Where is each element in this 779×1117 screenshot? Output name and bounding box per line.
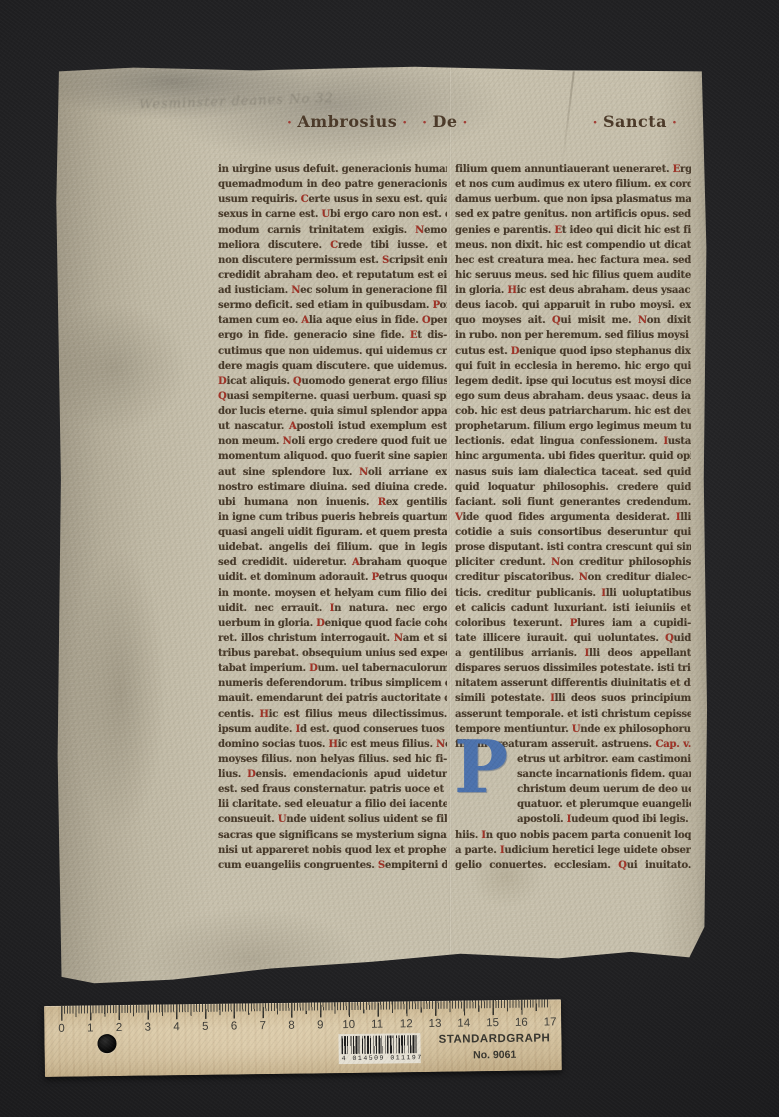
barcode-bars: [341, 1035, 417, 1054]
manuscript-text-line: modum carnis trinitatem exigis. Nemo: [218, 223, 447, 238]
manuscript-text-line: damus uerbum. que non ipsa plasmatus man…: [455, 192, 691, 207]
manuscript-text-line: cotidie a suis consortibus deseruntur qu…: [455, 525, 691, 540]
manuscript-text-line: nisi ut appareret nobis quod lex et prop…: [218, 843, 447, 858]
manuscript-text-line: credidit abraham deo. et reputatum est e…: [218, 268, 447, 283]
manuscript-text-line: tate illicere iurauit. qui uoluntates. Q…: [455, 631, 691, 646]
gutter-crease: [449, 63, 452, 987]
ruler-number: 12: [400, 1018, 413, 1030]
ruler-number: 11: [371, 1019, 383, 1031]
manuscript-text-line: prophetarum. filium ergo legimus meum tu…: [455, 419, 691, 434]
manuscript-text-line: hec est creatura mea. hec factura mea. s…: [455, 253, 691, 268]
rubric-dot: ·: [667, 115, 682, 131]
manuscript-text-line: a parte. Iudicium heretici lege uidete o…: [455, 843, 691, 858]
manuscript-text-line: Quasi sempiterne. quasi uerbum. quasi sp…: [218, 389, 447, 404]
manuscript-text-line: ret. illos christum interrogauit. Nam et…: [218, 631, 447, 646]
ruler-number: 6: [231, 1020, 238, 1032]
manuscript-text-line: coloribus texerunt. Plures iam a cupidi-: [455, 616, 691, 631]
manuscript-text-line: uidit. nec errauit. In natura. nec ergo: [218, 601, 447, 616]
manuscript-text-line: in gloria. Hic est deus abraham. deus ys…: [455, 283, 691, 298]
manuscript-text-line: in rubo. non per heremum. sed filius moy…: [455, 328, 691, 343]
pencil-inscription: Wesminster deanes No 32: [139, 88, 409, 112]
manuscript-text-line: domino socias tuos. Hic est meus filius.…: [218, 737, 447, 752]
manuscript-text-line: quasi angeli uidit figuram. et quem pres…: [218, 525, 447, 540]
manuscript-text-line: filium quem annuntiauerant ueneraret. Er…: [455, 162, 691, 177]
manuscript-text-line: asserunt temporale. et isti christum cep…: [455, 707, 691, 722]
manuscript-text-line: hinc argumenta. ubi fides queritur. quid…: [455, 449, 691, 464]
manuscript-text-line: ut nascatur. Apostoli istud exemplum est: [218, 419, 447, 434]
manuscript-text-line: ad iusticiam. Nec solum in generacione f…: [218, 283, 447, 298]
manuscript-text-line: cob. hic est deus patriarcharum. hic est…: [455, 404, 691, 419]
manuscript-text-line: creditur piscatoribus. Non creditur dial…: [455, 570, 691, 585]
manuscript-text-line: et nos cum audimus ex utero filium. ex c…: [455, 177, 691, 192]
manuscript-text-line: cutus est. Denique quod ipso stephanus d…: [455, 344, 691, 359]
ruler-number: 1: [87, 1022, 94, 1034]
manuscript-text-line: consueuit. Unde uident solius uident se …: [218, 812, 447, 827]
ruler-number: 17: [544, 1016, 557, 1028]
manuscript-text-line: centis. Hic est filius meus dilectissimu…: [218, 707, 447, 722]
manuscript-text-line: genies e parentis. Et ideo qui dicit hic…: [455, 223, 691, 238]
ruler-number: 15: [486, 1017, 499, 1029]
barcode-digits: 4 014509 011197: [342, 1054, 418, 1062]
manuscript-page: Wesminster deanes No 32 ·Ambrosius· ·De·…: [55, 63, 709, 987]
manuscript-text-line: uidebat. angelis dei filium. que in legi…: [218, 540, 447, 555]
rubric-ambrosius: ·Ambrosius·: [282, 112, 402, 131]
text-column-left: in uirgine usus defuit. generacionis hum…: [218, 162, 447, 876]
manuscript-text-line: tabat imperium. Dum. uel tabernaculorum: [218, 661, 447, 676]
manuscript-text-line: apostoli. Iudeum quod ibi legis. deum in…: [455, 812, 691, 827]
rubric-dot: ·: [282, 115, 297, 131]
ruler-barcode: 4 014509 011197: [338, 1033, 420, 1064]
ruler-model-number: No. 9061: [431, 1048, 559, 1062]
manuscript-text-line: a gentilibus arrianis. Illi deos appella…: [455, 646, 691, 661]
ruler-number: 10: [342, 1019, 355, 1031]
manuscript-text-line: sed credidit. uideretur. Abraham quoque: [218, 555, 447, 570]
manuscript-text-line: quemadmodum in deo patre generacionis: [218, 177, 447, 192]
rubric-left-label: Ambrosius: [297, 112, 397, 131]
manuscript-text-line: uerbum in gloria. Denique quod facie coh…: [218, 616, 447, 631]
manuscript-text-line: non discutere permissum est. Scripsit en…: [218, 253, 447, 268]
rubric-dot: ·: [458, 115, 473, 131]
manuscript-text-line: in monte. moysen et helyam cum filio dei: [218, 586, 447, 601]
manuscript-text-line: usum requiris. Certe usus in sexu est. q…: [218, 192, 447, 207]
rubric-dot: ·: [588, 115, 603, 131]
manuscript-text-line: aut sine splendore lux. Noli arriane ex: [218, 465, 447, 480]
manuscript-text-line: in igne cum tribus pueris hebreis quartu…: [218, 510, 447, 525]
manuscript-text-line: non meum. Noli ergo credere quod fuit ue…: [218, 434, 447, 449]
manuscript-text-line: sacras que significans se mysterium sign…: [218, 828, 447, 843]
manuscript-text-line: sexus in carne est. Ubi ergo caro non es…: [218, 207, 447, 222]
rubric-dot: ·: [397, 115, 412, 131]
rubric-right-label: Sancta: [603, 112, 667, 131]
manuscript-text-line: legem dedit. ipse qui locutus est moysi …: [455, 374, 691, 389]
manuscript-text-line: meus. non dixit. hic est compendio ut di…: [455, 238, 691, 253]
ruler-number: 14: [457, 1017, 470, 1029]
manuscript-text-line: deus iacob. qui apparuit in rubo moysi. …: [455, 298, 691, 313]
ruler-hanging-hole: [97, 1034, 116, 1053]
ruler-number: 0: [58, 1023, 65, 1035]
manuscript-text-line: uidit. et dominum adorauit. Petrus quoqu…: [218, 570, 447, 585]
manuscript-text-line: hiis. In quo nobis pacem parta conuenit …: [455, 828, 691, 843]
illuminated-initial: P: [454, 732, 514, 810]
manuscript-text-line: ticis. creditur publicanis. Illi uolupta…: [455, 586, 691, 601]
manuscript-text-line: est. sed fraus consternatur. patris uoce…: [218, 782, 447, 797]
ruler-ticks: [61, 999, 550, 1020]
ruler-number: 2: [116, 1022, 123, 1034]
manuscript-text-line: meliora discutere. Crede tibi iusse. et: [218, 238, 447, 253]
manuscript-text-line: prose disputant. isti contra crescunt qu…: [455, 540, 691, 555]
manuscript-text-line: ipsum audite. Id est. quod conserues tuo…: [218, 722, 447, 737]
manuscript-text-line: numeris deferendorum. tribus simplicem e…: [218, 676, 447, 691]
manuscript-text-line: momentum aliquod. quo fuerit sine sapien…: [218, 449, 447, 464]
ruler-number: 4: [173, 1021, 180, 1033]
ruler-number: 5: [202, 1021, 209, 1033]
rubric-dot: ·: [417, 115, 432, 131]
ruler-number: 8: [288, 1020, 295, 1032]
manuscript-text-line: nostro estimare diuina. sed diuina crede…: [218, 480, 447, 495]
ruler-brand: STANDARDGRAPH: [430, 1032, 558, 1046]
manuscript-text-line: dispares seruos dissimiles potestate. is…: [455, 661, 691, 676]
manuscript-text-line: lii claritate. sed eleuatur a filio dei …: [218, 797, 447, 812]
manuscript-text-line: pliciter credunt. Non creditur philosoph…: [455, 555, 691, 570]
manuscript-text-line: faciant. soli fiunt generantes credendum…: [455, 495, 691, 510]
manuscript-text-line: sed ex patre genitus. non artificis opus…: [455, 207, 691, 222]
measuring-ruler: 01234567891011121314151617 4 014509 0111…: [44, 999, 562, 1077]
ruler-number: 9: [317, 1019, 324, 1031]
manuscript-text-line: lius. Densis. emendacionis apud uidetur: [218, 767, 447, 782]
manuscript-text-line: moyses filius. non helyas filius. sed hi…: [218, 752, 447, 767]
manuscript-text-line: gelio conuertes. ecclesiam. Qui inuitato…: [455, 858, 691, 873]
ruler-number: 13: [429, 1018, 442, 1030]
manuscript-text-line: qui fuit in ecclesia in heremo. hic ergo…: [455, 359, 691, 374]
photo-backdrop: Wesminster deanes No 32 ·Ambrosius· ·De·…: [0, 0, 779, 1117]
manuscript-text-line: cutimus que non uidemus. qui uidemus cre…: [218, 344, 447, 359]
manuscript-text-line: tamen cum eo. Alia aque eius in fide. Op…: [218, 313, 447, 328]
manuscript-text-line: cum euangeliis congruentes. Sempiterni d…: [218, 858, 447, 873]
manuscript-text-line: simili potestate. Illi deos suos princip…: [455, 691, 691, 706]
manuscript-text-line: Vide quod fides argumenta desiderat. Ill…: [455, 510, 691, 525]
manuscript-text-line: nasus suis iam dialectica taceat. sed qu…: [455, 465, 691, 480]
rubric-center-label: De: [432, 112, 457, 131]
manuscript-text-line: nitatem asserunt differentis diuinitatis…: [455, 676, 691, 691]
manuscript-text-line: tribus parebat. obsequium unius sed expe…: [218, 646, 447, 661]
rubric-de: ·De·: [415, 112, 475, 131]
manuscript-text-line: hic seruus meus. sed hic filius quem aud…: [455, 268, 691, 283]
manuscript-text-line: lectionis. edat lingua confessionem. Ius…: [455, 434, 691, 449]
manuscript-text-line: mauit. emendarunt dei patris auctoritate…: [218, 691, 447, 706]
top-crease: [561, 71, 575, 167]
ruler-number: 7: [260, 1020, 267, 1032]
manuscript-text-line: Dicat aliquis. Quomodo generat ergo fili…: [218, 374, 447, 389]
manuscript-text-line: et calicis cadunt luxuriant. isti ieiuni…: [455, 601, 691, 616]
manuscript-text-line: in uirgine usus defuit. generacionis hum…: [218, 162, 447, 177]
rubric-sancta: ·Sancta·: [575, 112, 695, 131]
manuscript-text-line: ego sum deus abraham. deus ysaac. deus i…: [455, 389, 691, 404]
manuscript-text-line: ubi humana non inuenis. Rex gentilis: [218, 495, 447, 510]
manuscript-text-line: quo moyses ait. Qui misit me. Non dixit: [455, 313, 691, 328]
manuscript-text-line: dere magis quam discutere. que uidemus.: [218, 359, 447, 374]
ruler-number: 3: [144, 1022, 151, 1034]
manuscript-text-line: ergo in fide. generacio sine fide. Et di…: [218, 328, 447, 343]
manuscript-text-line: sermo deficit. sed etiam in quibusdam. P…: [218, 298, 447, 313]
manuscript-text-line: quid loquatur philosophis. credere quid: [455, 480, 691, 495]
manuscript-text-line: dor lucis eterne. quia simul splendor ap…: [218, 404, 447, 419]
ruler-number: 16: [515, 1017, 528, 1029]
